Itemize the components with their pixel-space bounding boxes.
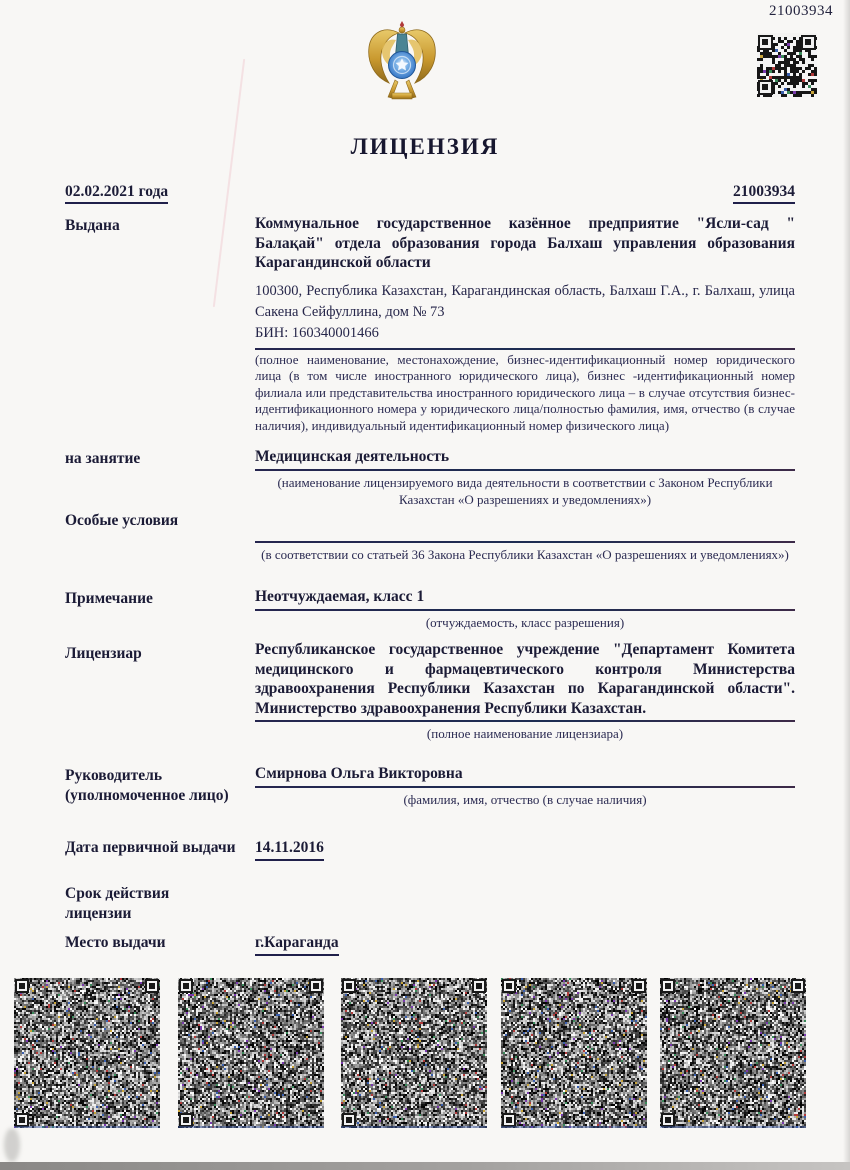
license-number: 21003934 bbox=[255, 183, 795, 204]
issue-date: 02.02.2021 года bbox=[65, 183, 168, 204]
first-issue-label: Дата первичной выдачи bbox=[65, 838, 260, 858]
issued-to-footnote: (полное наименование, местонахождение, б… bbox=[255, 352, 795, 435]
validity-label-line1: Срок действия bbox=[65, 885, 169, 902]
special-conditions-label: Особые условия bbox=[65, 511, 255, 531]
license-document: 21003934 bbox=[0, 0, 850, 1170]
special-conditions-value bbox=[255, 524, 795, 541]
validity-label-line2: лицензии bbox=[65, 905, 131, 922]
head-value: Смирнова Ольга Викторовна bbox=[255, 764, 795, 784]
first-issue-date-text: 14.11.2016 bbox=[255, 838, 324, 861]
organization-address: 100300, Республика Казахстан, Карагандин… bbox=[255, 281, 795, 323]
scan-edge-shadow-bottom bbox=[0, 1162, 850, 1170]
note-caption: (отчуждаемость, класс разрешения) bbox=[255, 614, 795, 631]
license-number-text: 21003934 bbox=[733, 183, 795, 204]
fill-line bbox=[255, 469, 795, 471]
licensor-label: Лицензиар bbox=[65, 644, 255, 664]
issued-to-label: Выдана bbox=[65, 216, 255, 236]
first-issue-value: 14.11.2016 bbox=[255, 838, 324, 861]
head-block: Смирнова Ольга Викторовна (фамилия, имя,… bbox=[255, 764, 795, 808]
issue-place-label: Место выдачи bbox=[65, 933, 255, 953]
scan-smudge-artifact bbox=[4, 1128, 20, 1162]
document-title: ЛИЦЕНЗИЯ bbox=[0, 134, 850, 160]
licensor-block: Республиканское государственное учрежден… bbox=[255, 640, 795, 742]
scan-edge-shadow-right bbox=[843, 0, 850, 1170]
special-conditions-block: (в соответствии со статьей 36 Закона Рес… bbox=[255, 524, 795, 563]
organization-bin: БИН: 160340001466 bbox=[255, 323, 795, 344]
kazakhstan-emblem-icon bbox=[362, 20, 442, 102]
fill-line bbox=[255, 609, 795, 611]
fill-line bbox=[255, 348, 795, 350]
fill-line bbox=[255, 541, 795, 543]
activity-label: на занятие bbox=[65, 449, 255, 469]
head-caption: (фамилия, имя, отчество (в случае наличи… bbox=[255, 791, 795, 808]
fill-line bbox=[255, 720, 795, 722]
issue-date-text: 02.02.2021 года bbox=[65, 183, 168, 204]
organization-name: Коммунальное государственное казённое пр… bbox=[255, 214, 795, 273]
note-value: Неотчуждаемая, класс 1 bbox=[255, 587, 795, 607]
head-label-line2: (уполномоченное лицо) bbox=[65, 787, 229, 804]
licensor-value: Республиканское государственное учрежден… bbox=[255, 640, 795, 718]
issue-place-text: г.Караганда bbox=[255, 933, 339, 956]
qr-code-canvas bbox=[757, 33, 817, 97]
activity-block: Медицинская деятельность (наименование л… bbox=[255, 447, 795, 508]
security-barcode-2 bbox=[178, 978, 324, 1128]
head-label-line1: Руководитель bbox=[65, 767, 162, 784]
validity-label: Срок действия лицензии bbox=[65, 884, 255, 924]
kazakhstan-emblem-svg bbox=[362, 20, 442, 102]
fill-line bbox=[255, 786, 795, 788]
issued-to-block: Коммунальное государственное казённое пр… bbox=[255, 214, 795, 434]
security-barcode-5 bbox=[660, 978, 806, 1128]
head-label: Руководитель (уполномоченное лицо) bbox=[65, 766, 255, 806]
security-barcode-4 bbox=[501, 978, 647, 1128]
issue-place-value: г.Караганда bbox=[255, 933, 339, 956]
note-block: Неотчуждаемая, класс 1 (отчуждаемость, к… bbox=[255, 587, 795, 631]
activity-caption: (наименование лицензируемого вида деятел… bbox=[255, 474, 795, 508]
security-barcode-3 bbox=[341, 978, 487, 1128]
qr-code bbox=[757, 33, 817, 97]
activity-value: Медицинская деятельность bbox=[255, 447, 795, 467]
licensor-caption: (полное наименование лицензиара) bbox=[255, 725, 795, 742]
special-conditions-caption: (в соответствии со статьей 36 Закона Рес… bbox=[255, 546, 795, 563]
security-barcode-1 bbox=[14, 978, 160, 1128]
note-label: Примечание bbox=[65, 589, 255, 609]
serial-number-top: 21003934 bbox=[769, 3, 833, 20]
scan-streak-artifact bbox=[213, 59, 245, 307]
